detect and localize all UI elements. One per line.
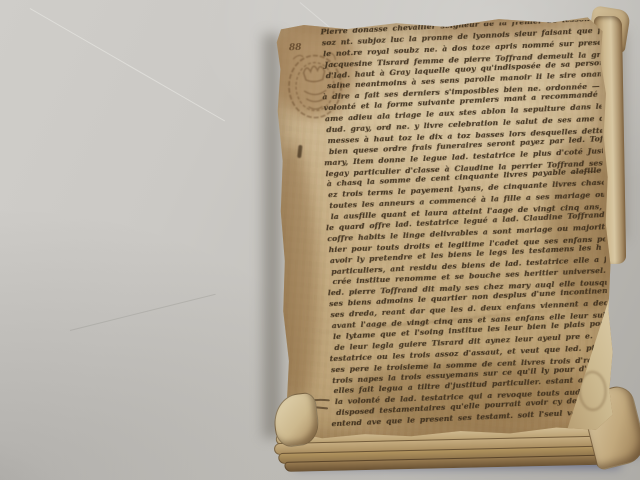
photo-scene: 88 Pierre donasse chevallier seigneur de…: [0, 0, 640, 480]
stack-shadow-left: [263, 34, 281, 438]
manuscript-page: 88 Pierre donasse chevallier seigneur de…: [274, 14, 616, 440]
margin-mark: 88: [289, 43, 302, 53]
manuscript-text: Pierre donasse chevallier seigneur de la…: [320, 20, 610, 436]
